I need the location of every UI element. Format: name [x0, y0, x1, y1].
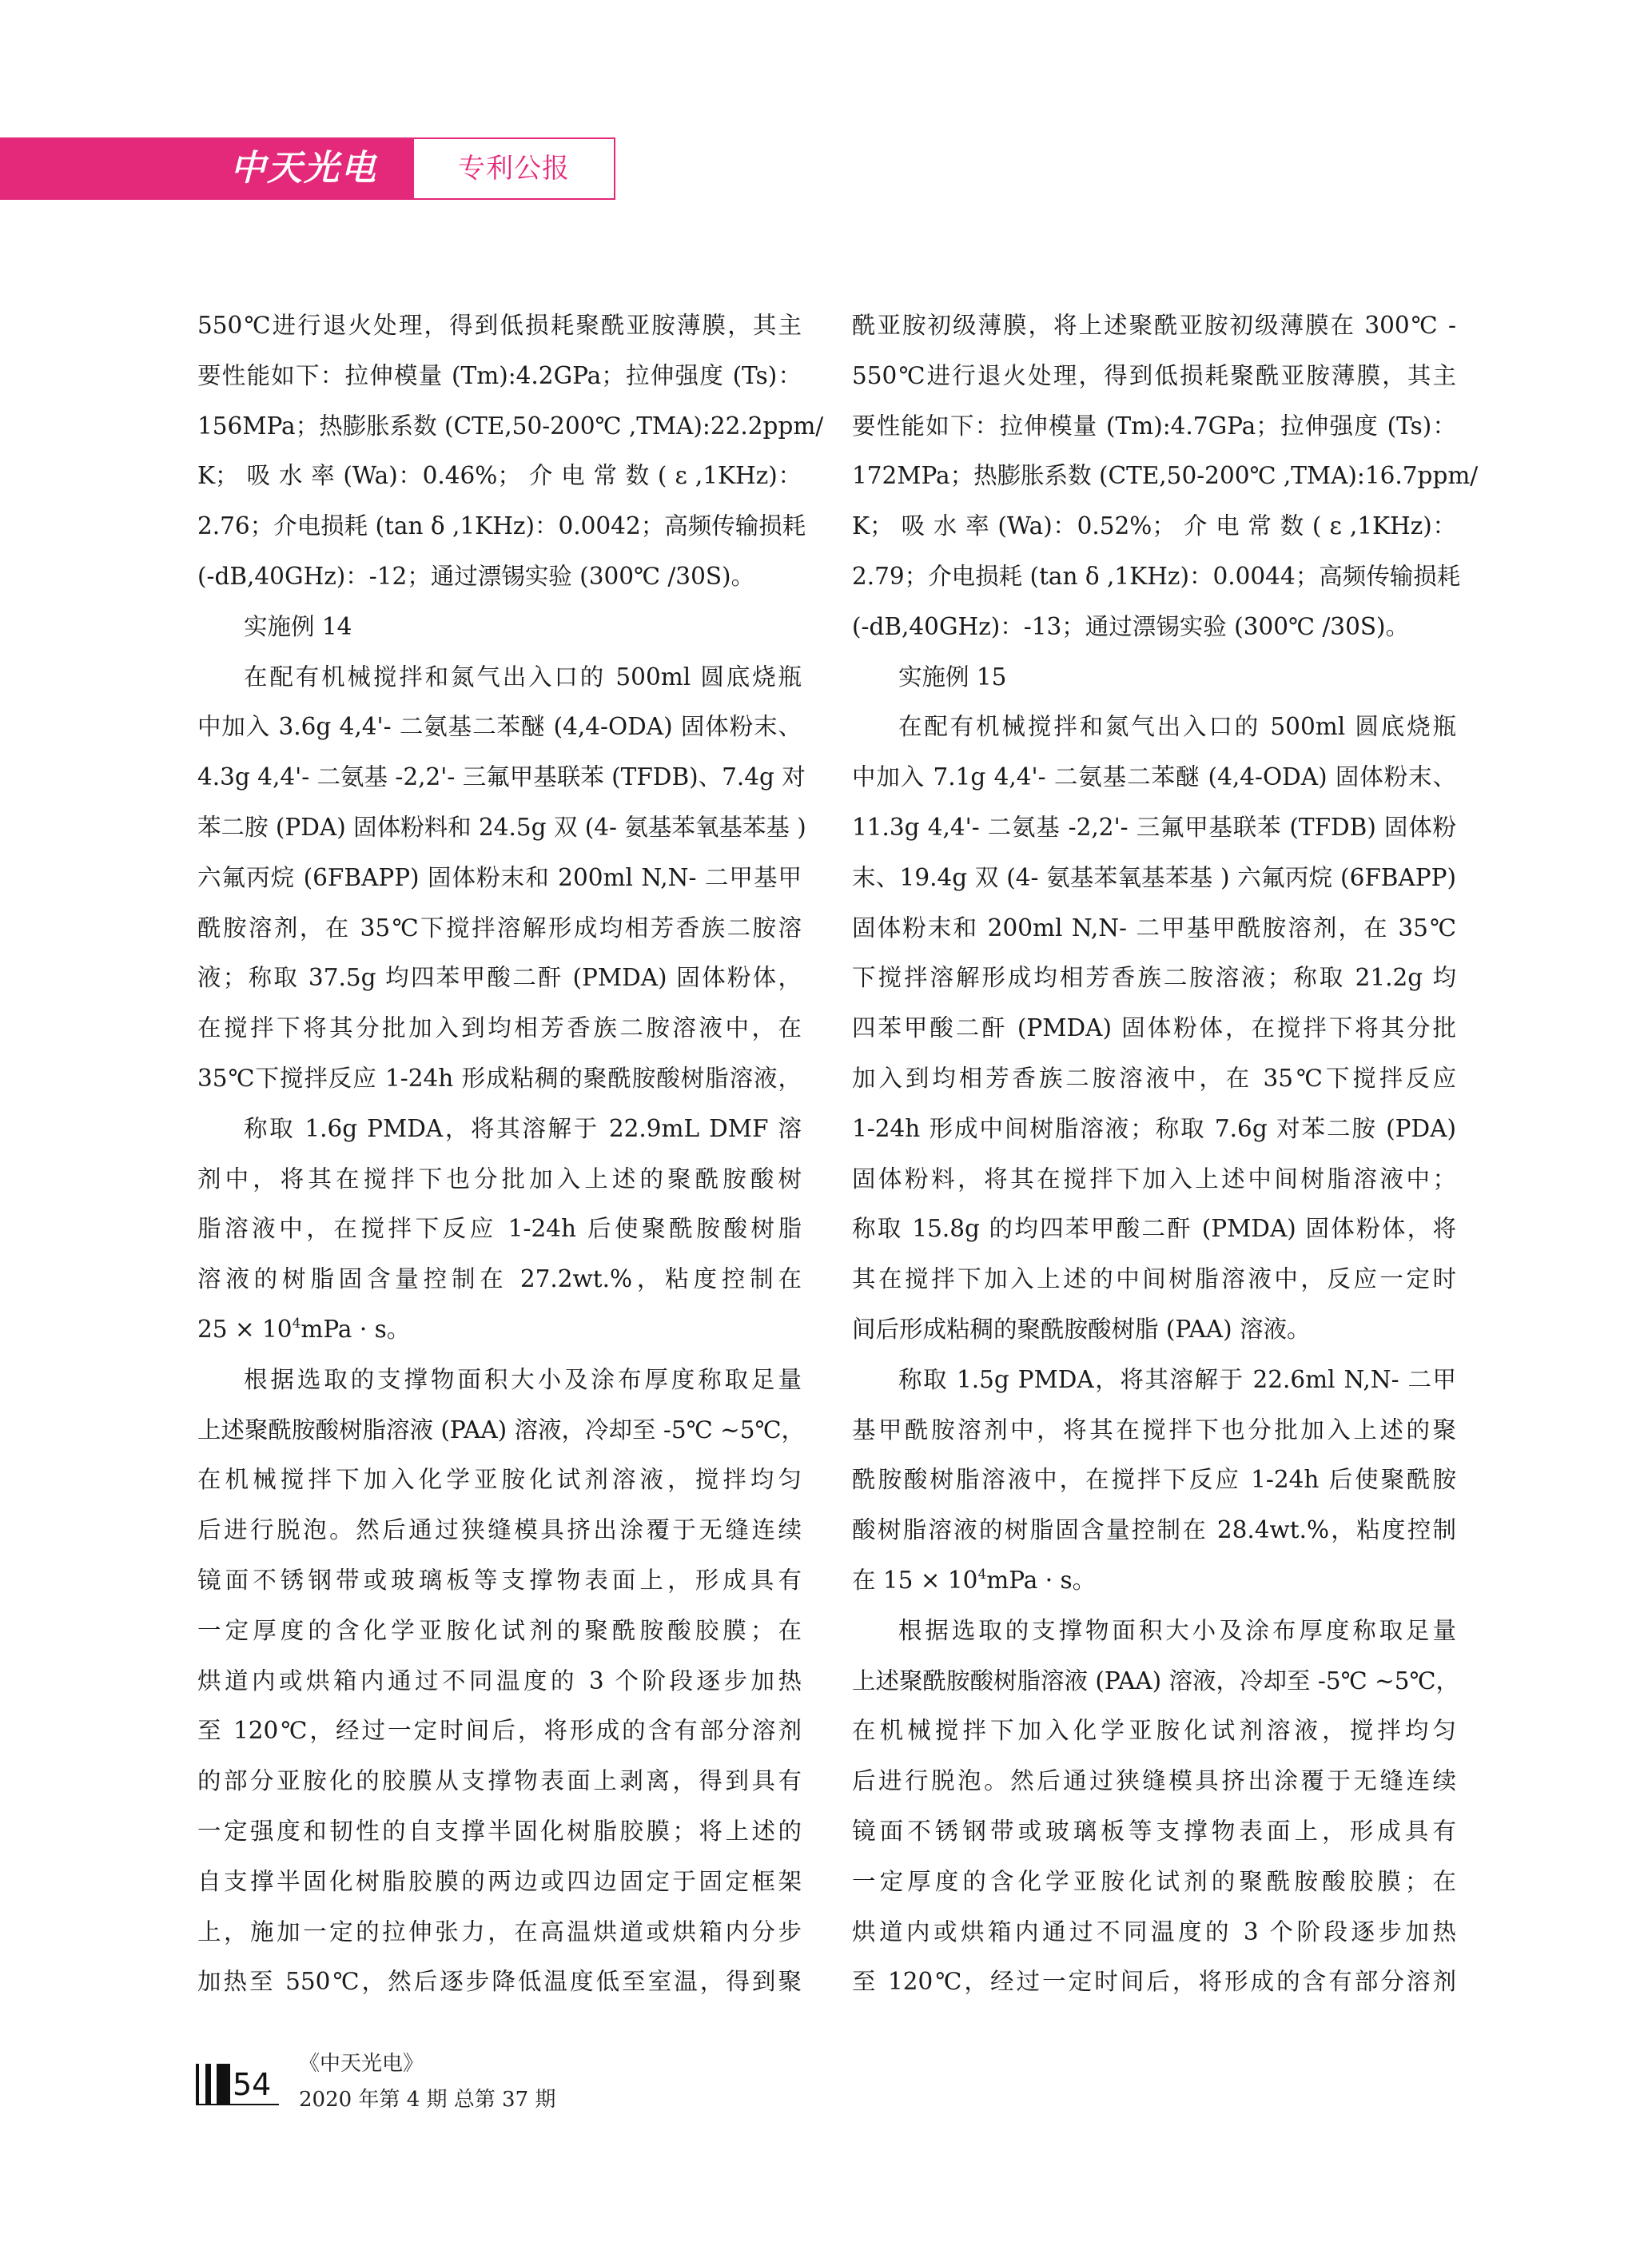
- text-line: 4.3g 4,4'- 二氨基 -2,2'- 三氟甲基联苯 (TFDB)、7.4g…: [197, 752, 802, 802]
- text-line: K； 吸 水 率 (Wa)：0.52%； 介 电 常 数 ( ε ,1KHz)：: [852, 501, 1456, 552]
- text-line: 172MPa；热膨胀系数 (CTE,50-200℃ ,TMA):16.7ppm/: [852, 451, 1456, 501]
- text-segment: mPa · s。: [301, 1316, 410, 1343]
- text-line: 溶液的树脂固含量控制在 27.2wt.%，粘度控制在: [197, 1254, 802, 1304]
- text-line: 末、19.4g 双 (4- 氨基苯氧基苯基 ) 六氟丙烷 (6FBAPP): [852, 853, 1456, 903]
- text-line: 1-24h 形成中间树脂溶液；称取 7.6g 对苯二胺 (PDA): [852, 1104, 1456, 1154]
- right-column: 酰亚胺初级薄膜，将上述聚酰亚胺初级薄膜在 300℃ -550℃进行退火处理，得到…: [852, 301, 1456, 2007]
- text-line: 下搅拌溶解形成均相芳香族二胺溶液；称取 21.2g 均: [852, 953, 1456, 1003]
- text-segment: mPa · s。: [986, 1567, 1096, 1594]
- text-line: (-dB,40GHz)：-12；通过漂锡实验 (300℃ /30S)。: [197, 552, 802, 602]
- text-line: 镜面不锈钢带或玻璃板等支撑物表面上，形成具有: [197, 1555, 802, 1606]
- text-line: 酰胺溶剂，在 35℃下搅拌溶解形成均相芳香族二胺溶: [197, 903, 802, 954]
- text-line: 苯二胺 (PDA) 固体粉料和 24.5g 双 (4- 氨基苯氧基苯基 ): [197, 802, 802, 853]
- text-line: 的部分亚胺化的胶膜从支撑物表面上剥离，得到具有: [197, 1756, 802, 1806]
- page-number: 54: [233, 2065, 271, 2104]
- text-line: 酸树脂溶液的树脂固含量控制在 28.4wt.%，粘度控制: [852, 1505, 1456, 1555]
- text-line: 550℃进行退火处理，得到低损耗聚酰亚胺薄膜，其主: [197, 301, 802, 351]
- text-line: 上述聚酰胺酸树脂溶液 (PAA) 溶液，冷却至 -5℃ ~5℃，: [197, 1405, 802, 1456]
- text-line: 后进行脱泡。然后通过狭缝模具挤出涂覆于无缝连续: [197, 1505, 802, 1555]
- text-line: 中加入 7.1g 4,4'- 二氨基二苯醚 (4,4-ODA) 固体粉末、: [852, 752, 1456, 802]
- text-line: (-dB,40GHz)：-13；通过漂锡实验 (300℃ /30S)。: [852, 602, 1456, 652]
- text-line: K； 吸 水 率 (Wa)：0.46%； 介 电 常 数 ( ε ,1KHz)：: [197, 451, 802, 501]
- text-line: 根据选取的支撑物面积大小及涂布厚度称取足量: [852, 1606, 1456, 1656]
- text-line: 2.79；介电损耗 (tan δ ,1KHz)：0.0044；高频传输损耗: [852, 552, 1456, 602]
- text-line: 至 120℃，经过一定时间后，将形成的含有部分溶剂: [852, 1957, 1456, 2007]
- text-line: 在配有机械搅拌和氮气出入口的 500ml 圆底烧瓶: [197, 652, 802, 703]
- superscript: 4: [293, 1316, 301, 1332]
- left-column: 550℃进行退火处理，得到低损耗聚酰亚胺薄膜，其主要性能如下：拉伸模量 (Tm)…: [197, 301, 802, 2007]
- text-line: 固体粉料，将其在搅拌下加入上述中间树脂溶液中；: [852, 1154, 1456, 1205]
- text-line: 其在搅拌下加入上述的中间树脂溶液中，反应一定时: [852, 1254, 1456, 1304]
- text-line: 要性能如下：拉伸模量 (Tm):4.7GPa；拉伸强度 (Ts)：: [852, 401, 1456, 452]
- superscript: 4: [977, 1567, 986, 1583]
- text-line: 加入到均相芳香族二胺溶液中，在 35℃下搅拌反应: [852, 1053, 1456, 1104]
- text-line: 在配有机械搅拌和氮气出入口的 500ml 圆底烧瓶: [852, 702, 1456, 752]
- text-line: 实施例 14: [197, 602, 802, 652]
- text-line: 固体粉末和 200ml N,N- 二甲基甲酰胺溶剂，在 35℃: [852, 903, 1456, 954]
- text-line: 加热至 550℃，然后逐步降低温度低至室温，得到聚: [197, 1957, 802, 2007]
- text-line: 要性能如下：拉伸模量 (Tm):4.2GPa；拉伸强度 (Ts)：: [197, 351, 802, 401]
- text-line: 25 × 104mPa · s。: [197, 1304, 802, 1355]
- text-line: 一定厚度的含化学亚胺化试剂的聚酰胺酸胶膜；在: [852, 1857, 1456, 1907]
- text-line: 基甲酰胺溶剂中，将其在搅拌下也分批加入上述的聚: [852, 1405, 1456, 1456]
- text-line: 称取 1.5g PMDA，将其溶解于 22.6ml N,N- 二甲: [852, 1355, 1456, 1405]
- footer-issue-info: 2020 年第 4 期 总第 37 期: [299, 2084, 555, 2116]
- text-line: 烘道内或烘箱内通过不同温度的 3 个阶段逐步加热: [197, 1656, 802, 1706]
- text-line: 间后形成粘稠的聚酰胺酸树脂 (PAA) 溶液。: [852, 1304, 1456, 1355]
- text-segment: 在 15 × 10: [852, 1567, 977, 1594]
- text-line: 后进行脱泡。然后通过狭缝模具挤出涂覆于无缝连续: [852, 1756, 1456, 1806]
- text-line: 六氟丙烷 (6FBAPP) 固体粉末和 200ml N,N- 二甲基甲: [197, 853, 802, 903]
- text-segment: 25 × 10: [197, 1316, 293, 1343]
- text-line: 镜面不锈钢带或玻璃板等支撑物表面上，形成具有: [852, 1806, 1456, 1857]
- text-line: 2.76；介电损耗 (tan δ ,1KHz)：0.0042；高频传输损耗: [197, 501, 802, 552]
- section-label: 专利公报: [412, 137, 615, 200]
- marker-bar-medium: [205, 2064, 211, 2104]
- text-line: 550℃进行退火处理，得到低损耗聚酰亚胺薄膜，其主: [852, 351, 1456, 401]
- text-line: 156MPa；热膨胀系数 (CTE,50-200℃ ,TMA):22.2ppm/: [197, 401, 802, 452]
- text-line: 至 120℃，经过一定时间后，将形成的含有部分溶剂: [197, 1706, 802, 1756]
- text-line: 称取 15.8g 的均四苯甲酸二酐 (PMDA) 固体粉体，将: [852, 1204, 1456, 1254]
- text-line: 烘道内或烘箱内通过不同温度的 3 个阶段逐步加热: [852, 1907, 1456, 1957]
- text-line: 自支撑半固化树脂胶膜的两边或四边固定于固定框架: [197, 1857, 802, 1907]
- text-line: 酰胺酸树脂溶液中，在搅拌下反应 1-24h 后使聚酰胺: [852, 1455, 1456, 1505]
- text-line: 在机械搅拌下加入化学亚胺化试剂溶液，搅拌均匀: [197, 1455, 802, 1505]
- text-line: 11.3g 4,4'- 二氨基 -2,2'- 三氟甲基联苯 (TFDB) 固体粉: [852, 802, 1456, 853]
- text-line: 在 15 × 104mPa · s。: [852, 1555, 1456, 1606]
- text-line: 上述聚酰胺酸树脂溶液 (PAA) 溶液，冷却至 -5℃ ~5℃，: [852, 1656, 1456, 1706]
- text-line: 上，施加一定的拉伸张力，在高温烘道或烘箱内分步: [197, 1907, 802, 1957]
- text-line: 在搅拌下将其分批加入到均相芳香族二胺溶液中，在: [197, 1003, 802, 1053]
- text-line: 35℃下搅拌反应 1-24h 形成粘稠的聚酰胺酸树脂溶液，: [197, 1053, 802, 1104]
- marker-bar-thick: [217, 2064, 230, 2104]
- text-line: 一定厚度的含化学亚胺化试剂的聚酰胺酸胶膜；在: [197, 1606, 802, 1656]
- text-line: 酰亚胺初级薄膜，将上述聚酰亚胺初级薄膜在 300℃ -: [852, 301, 1456, 351]
- footer-journal-name: 《中天光电》: [299, 2048, 424, 2080]
- text-line: 中加入 3.6g 4,4'- 二氨基二苯醚 (4,4-ODA) 固体粉末、: [197, 702, 802, 752]
- footer-rule: [196, 2104, 279, 2105]
- marker-bar-thin: [196, 2064, 199, 2104]
- text-line: 四苯甲酸二酐 (PMDA) 固体粉体，在搅拌下将其分批: [852, 1003, 1456, 1053]
- text-line: 称取 1.6g PMDA，将其溶解于 22.9mL DMF 溶: [197, 1104, 802, 1154]
- text-line: 实施例 15: [852, 652, 1456, 703]
- text-line: 脂溶液中，在搅拌下反应 1-24h 后使聚酰胺酸树脂: [197, 1204, 802, 1254]
- text-line: 根据选取的支撑物面积大小及涂布厚度称取足量: [197, 1355, 802, 1405]
- text-line: 在机械搅拌下加入化学亚胺化试剂溶液，搅拌均匀: [852, 1706, 1456, 1756]
- text-line: 一定强度和韧性的自支撑半固化树脂胶膜；将上述的: [197, 1806, 802, 1857]
- text-line: 剂中，将其在搅拌下也分批加入上述的聚酰胺酸树: [197, 1154, 802, 1205]
- text-line: 液；称取 37.5g 均四苯甲酸二酐 (PMDA) 固体粉体，: [197, 953, 802, 1003]
- journal-logo: 中天光电: [230, 137, 377, 200]
